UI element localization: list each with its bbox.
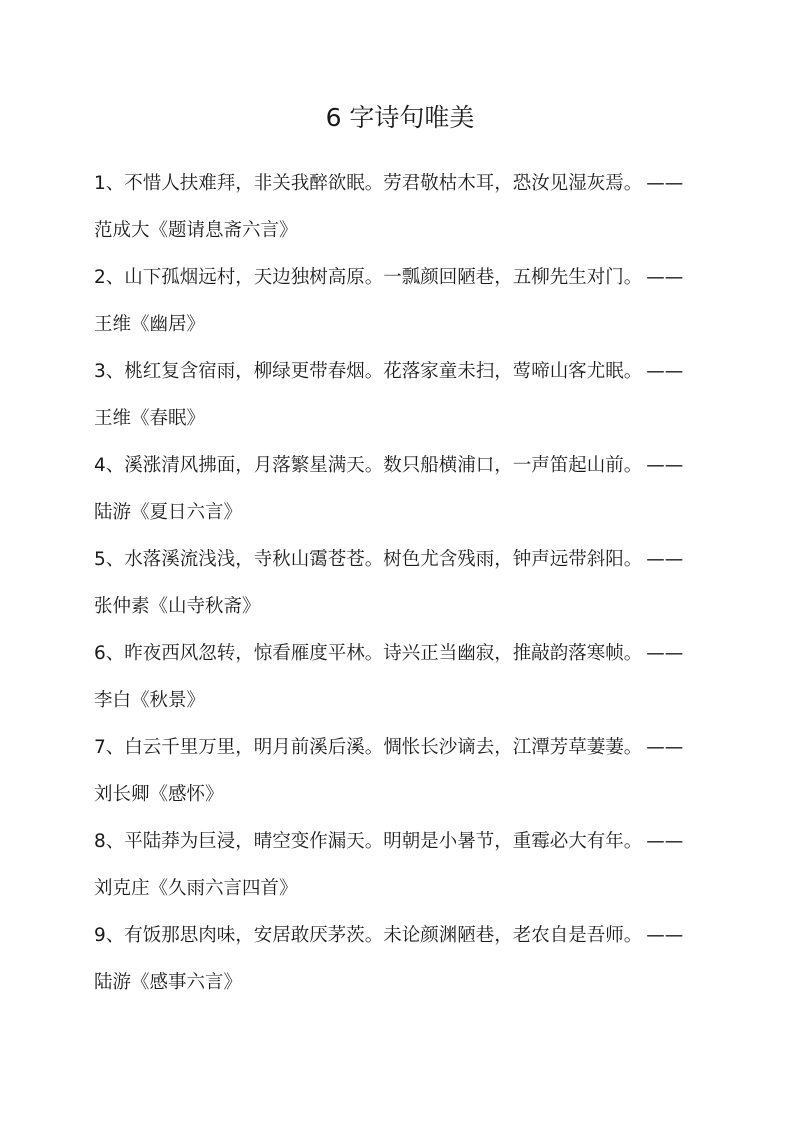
poem-attribution: 陆游《感事六言》 — [94, 959, 714, 1006]
dash: —— — [646, 442, 683, 489]
poem-line: 5、水落溪流浅浅，寺秋山霭苍苍。树色尤含残雨，钟声远带斜阳。—— — [94, 536, 714, 583]
poem-line: 9、有饭那思肉味，安居敢厌茅茨。未论颜渊陋巷，老农自是吾师。—— — [94, 912, 714, 959]
poem-work: 《题请息斋六言》 — [150, 220, 298, 241]
poem-line: 3、桃红复含宿雨，柳绿更带春烟。花落家童未扫，莺啼山客尤眠。—— — [94, 348, 714, 395]
poem-number: 5、 — [94, 549, 124, 570]
poem-attribution: 刘长卿《感怀》 — [94, 771, 714, 818]
poem-attribution: 王维《春眠》 — [94, 395, 714, 442]
poem-line: 4、溪涨清风拂面，月落繁星满天。数只船横浦口，一声笛起山前。—— — [94, 442, 714, 489]
poem-text: 平陆莽为巨浸，晴空变作漏天。明朝是小暑节，重霉必大有年。 — [124, 831, 642, 852]
poem-author: 陆游 — [94, 972, 131, 993]
dash: —— — [646, 348, 683, 395]
poem-work: 《山寺秋斋》 — [150, 596, 261, 617]
poem-text: 有饭那思肉味，安居敢厌茅茨。未论颜渊陋巷，老农自是吾师。 — [124, 925, 642, 946]
dash: —— — [646, 912, 683, 959]
document-page: 6 字诗句唯美 1、不惜人扶难拜，非关我醉欲眠。劳君敬枯木耳，恐汝见湿灰焉。——… — [0, 0, 800, 1131]
poem-author: 李白 — [94, 690, 131, 711]
poem-author: 范成大 — [94, 220, 150, 241]
poem-text: 白云千里万里，明月前溪后溪。惆怅长沙谪去，江潭芳草萋萋。 — [124, 737, 642, 758]
poem-attribution: 陆游《夏日六言》 — [94, 489, 714, 536]
dash: —— — [646, 818, 683, 865]
poem-entry-2: 2、山下孤烟远村，天边独树高原。一瓢颜回陋巷，五柳先生对门。—— 王维《幽居》 — [94, 254, 714, 348]
poem-work: 《幽居》 — [131, 314, 205, 335]
poem-line: 1、不惜人扶难拜，非关我醉欲眠。劳君敬枯木耳，恐汝见湿灰焉。—— — [94, 160, 714, 207]
poem-text: 水落溪流浅浅，寺秋山霭苍苍。树色尤含残雨，钟声远带斜阳。 — [124, 549, 642, 570]
poem-text: 溪涨清风拂面，月落繁星满天。数只船横浦口，一声笛起山前。 — [124, 455, 642, 476]
dash: —— — [646, 254, 683, 301]
poem-attribution: 刘克庄《久雨六言四首》 — [94, 865, 714, 912]
poem-attribution: 李白《秋景》 — [94, 677, 714, 724]
poem-text: 昨夜西风忽转，惊看雁度平林。诗兴正当幽寂，推敲韵落寒帧。 — [124, 643, 642, 664]
poem-attribution: 张仲素《山寺秋斋》 — [94, 583, 714, 630]
poem-entry-7: 7、白云千里万里，明月前溪后溪。惆怅长沙谪去，江潭芳草萋萋。—— 刘长卿《感怀》 — [94, 724, 714, 818]
poem-number: 2、 — [94, 267, 124, 288]
poem-number: 3、 — [94, 361, 124, 382]
poem-text: 山下孤烟远村，天边独树高原。一瓢颜回陋巷，五柳先生对门。 — [124, 267, 642, 288]
poem-line: 7、白云千里万里，明月前溪后溪。惆怅长沙谪去，江潭芳草萋萋。—— — [94, 724, 714, 771]
poem-author: 王维 — [94, 314, 131, 335]
poem-work: 《秋景》 — [131, 690, 205, 711]
poem-line: 8、平陆莽为巨浸，晴空变作漏天。明朝是小暑节，重霉必大有年。—— — [94, 818, 714, 865]
poem-work: 《夏日六言》 — [131, 502, 242, 523]
poem-text: 桃红复含宿雨，柳绿更带春烟。花落家童未扫，莺啼山客尤眠。 — [124, 361, 642, 382]
poem-entry-8: 8、平陆莽为巨浸，晴空变作漏天。明朝是小暑节，重霉必大有年。—— 刘克庄《久雨六… — [94, 818, 714, 912]
poem-entry-1: 1、不惜人扶难拜，非关我醉欲眠。劳君敬枯木耳，恐汝见湿灰焉。—— 范成大《题请息… — [94, 160, 714, 254]
poem-number: 6、 — [94, 643, 124, 664]
poem-work: 《久雨六言四首》 — [150, 878, 298, 899]
poem-text: 不惜人扶难拜，非关我醉欲眠。劳君敬枯木耳，恐汝见湿灰焉。 — [124, 173, 642, 194]
poem-number: 9、 — [94, 925, 124, 946]
poem-line: 2、山下孤烟远村，天边独树高原。一瓢颜回陋巷，五柳先生对门。—— — [94, 254, 714, 301]
page-title: 6 字诗句唯美 — [0, 100, 800, 136]
poem-entry-9: 9、有饭那思肉味，安居敢厌茅茨。未论颜渊陋巷，老农自是吾师。—— 陆游《感事六言… — [94, 912, 714, 1006]
dash: —— — [646, 160, 683, 207]
poem-number: 1、 — [94, 173, 124, 194]
poem-number: 8、 — [94, 831, 124, 852]
poem-entry-3: 3、桃红复含宿雨，柳绿更带春烟。花落家童未扫，莺啼山客尤眠。—— 王维《春眠》 — [94, 348, 714, 442]
poem-attribution: 王维《幽居》 — [94, 301, 714, 348]
poem-entry-6: 6、昨夜西风忽转，惊看雁度平林。诗兴正当幽寂，推敲韵落寒帧。—— 李白《秋景》 — [94, 630, 714, 724]
dash: —— — [646, 630, 683, 677]
poem-entry-4: 4、溪涨清风拂面，月落繁星满天。数只船横浦口，一声笛起山前。—— 陆游《夏日六言… — [94, 442, 714, 536]
poem-attribution: 范成大《题请息斋六言》 — [94, 207, 714, 254]
poem-work: 《感事六言》 — [131, 972, 242, 993]
dash: —— — [646, 724, 683, 771]
poem-author: 张仲素 — [94, 596, 150, 617]
poem-author: 刘克庄 — [94, 878, 150, 899]
poem-number: 7、 — [94, 737, 124, 758]
poem-work: 《春眠》 — [131, 408, 205, 429]
poem-author: 王维 — [94, 408, 131, 429]
poem-work: 《感怀》 — [150, 784, 224, 805]
poem-entry-5: 5、水落溪流浅浅，寺秋山霭苍苍。树色尤含残雨，钟声远带斜阳。—— 张仲素《山寺秋… — [94, 536, 714, 630]
poem-author: 刘长卿 — [94, 784, 150, 805]
poem-list: 1、不惜人扶难拜，非关我醉欲眠。劳君敬枯木耳，恐汝见湿灰焉。—— 范成大《题请息… — [94, 160, 714, 1006]
dash: —— — [646, 536, 683, 583]
poem-author: 陆游 — [94, 502, 131, 523]
poem-number: 4、 — [94, 455, 124, 476]
poem-line: 6、昨夜西风忽转，惊看雁度平林。诗兴正当幽寂，推敲韵落寒帧。—— — [94, 630, 714, 677]
